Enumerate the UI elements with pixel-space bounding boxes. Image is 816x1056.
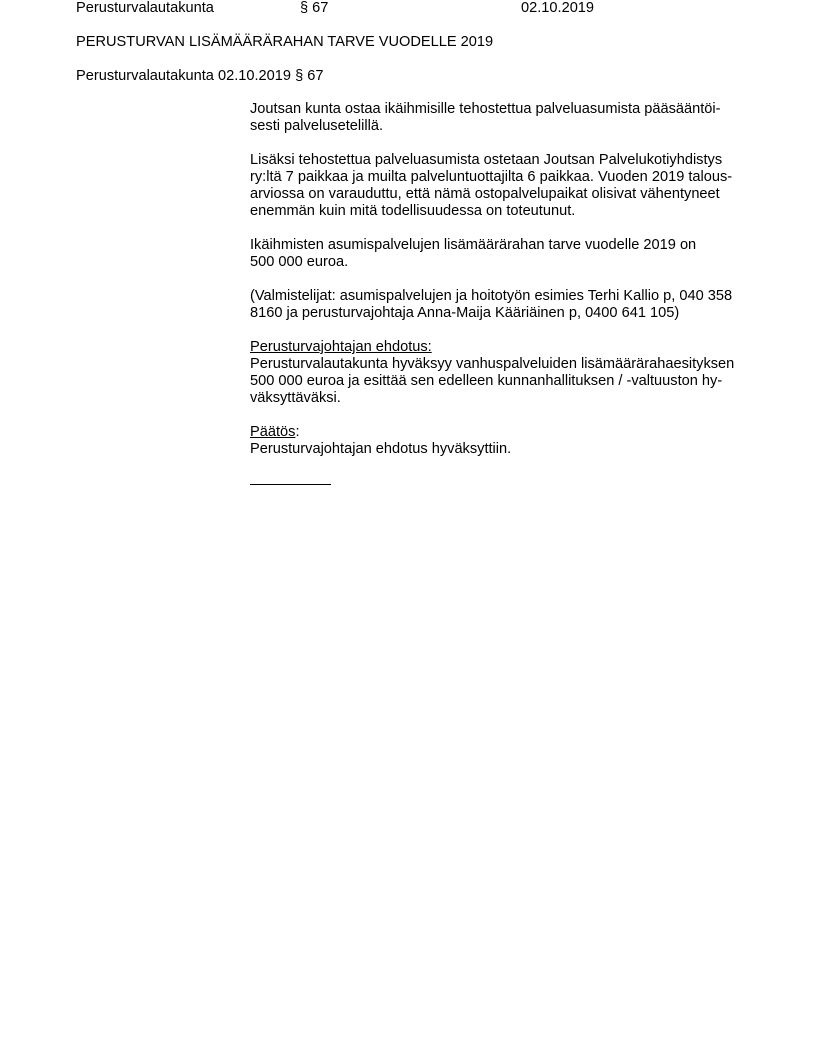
text-line: Perusturvalautakunta hyväksyy vanhuspalv… xyxy=(250,356,750,373)
document-body: Joutsan kunta ostaa ikäihmisille tehoste… xyxy=(250,101,750,507)
horizontal-rule xyxy=(250,484,331,485)
text-line: Joutsan kunta ostaa ikäihmisille tehoste… xyxy=(250,101,750,118)
text-line: 500 000 euroa ja esittää sen edelleen ku… xyxy=(250,373,750,390)
text-line: väksyttäväksi. xyxy=(250,390,750,407)
meeting-reference: Perusturvalautakunta 02.10.2019 § 67 xyxy=(76,68,323,85)
decision-heading-line: Päätös: xyxy=(250,424,750,441)
text-line: 8160 ja perusturvajohtaja Anna-Maija Kää… xyxy=(250,305,750,322)
text-line: ry:ltä 7 paikkaa ja muilta palveluntuott… xyxy=(250,169,750,186)
header-section: § 67 xyxy=(300,0,328,17)
decision-heading: Päätös xyxy=(250,424,295,440)
header-date: 02.10.2019 xyxy=(521,0,594,17)
text-line: arviossa on varauduttu, että nämä ostopa… xyxy=(250,186,750,203)
decision-section: Päätös: Perusturvajohtajan ehdotus hyväk… xyxy=(250,424,750,458)
signature-rule-block xyxy=(250,473,750,490)
paragraph-preparers: (Valmistelijat: asumispalvelujen ja hoit… xyxy=(250,288,750,322)
paragraph-additional-places: Lisäksi tehostettua palveluasumista oste… xyxy=(250,152,750,220)
text-line: 500 000 euroa. xyxy=(250,254,750,271)
text-line: Lisäksi tehostettua palveluasumista oste… xyxy=(250,152,750,169)
paragraph-funding-need: Ikäihmisten asumispalvelujen lisämäärära… xyxy=(250,237,750,271)
text-line: enemmän kuin mitä todellisuudessa on tot… xyxy=(250,203,750,220)
paragraph-service-purchase: Joutsan kunta ostaa ikäihmisille tehoste… xyxy=(250,101,750,135)
text-line: sesti palvelusetelillä. xyxy=(250,118,750,135)
text-line: Perusturvajohtajan ehdotus hyväksyttiin. xyxy=(250,441,750,458)
text-line: (Valmistelijat: asumispalvelujen ja hoit… xyxy=(250,288,750,305)
header-committee: Perusturvalautakunta xyxy=(76,0,214,17)
decision-heading-colon: : xyxy=(295,424,299,440)
proposal-heading: Perusturvajohtajan ehdotus: xyxy=(250,339,750,356)
proposal-section: Perusturvajohtajan ehdotus: Perusturvala… xyxy=(250,339,750,407)
document-title: PERUSTURVAN LISÄMÄÄRÄRAHAN TARVE VUODELL… xyxy=(76,34,493,51)
text-line: Ikäihmisten asumispalvelujen lisämäärära… xyxy=(250,237,750,254)
